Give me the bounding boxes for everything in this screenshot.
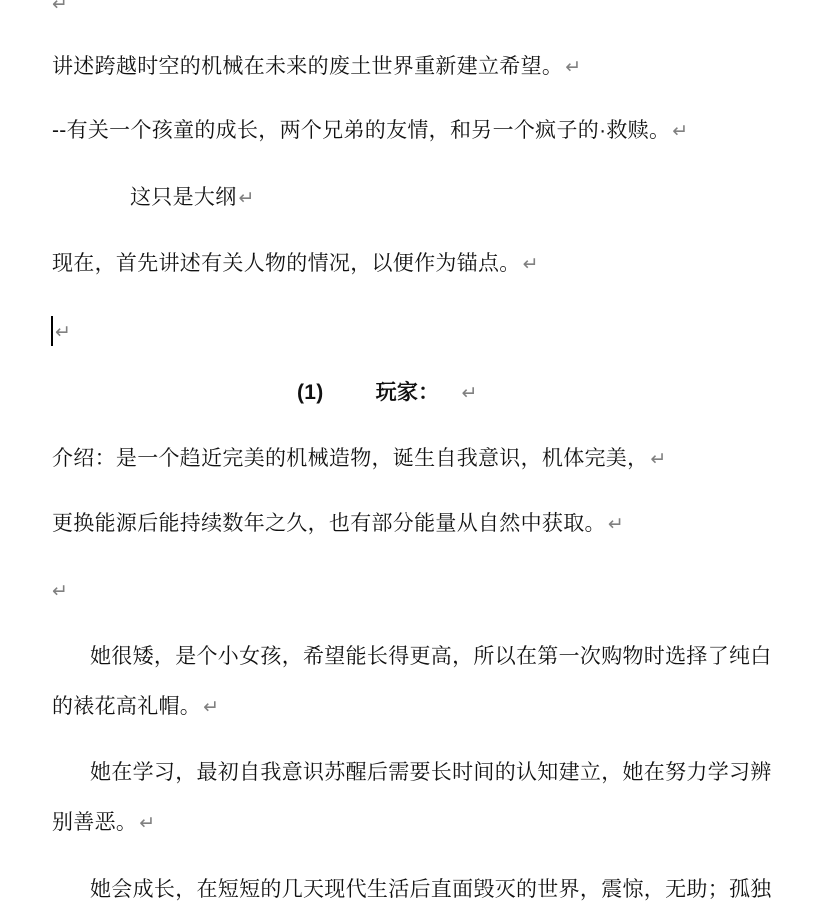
paragraph-mark-icon: ↵ xyxy=(203,696,219,718)
paragraph-mark-icon: ↵ xyxy=(565,56,581,78)
paragraph-mark-icon: ↵ xyxy=(650,448,666,470)
paragraph-mark-icon: ↵ xyxy=(52,580,68,602)
line-text: 更换能源后能持续数年之久，也有部分能量从自然中获取。 xyxy=(52,512,606,535)
line-text: 这只是大纲 xyxy=(130,186,237,209)
empty-paragraph-line[interactable]: ↵ xyxy=(52,578,68,604)
line-text: 她会成长，在短短的几天现代生活后直面毁灭的世界，震惊，无助；孤独 xyxy=(90,878,772,901)
line-text: 现在，首先讲述有关人物的情况，以便作为锚点。 xyxy=(52,252,521,275)
text-line[interactable]: 更换能源后能持续数年之久，也有部分能量从自然中获取。↵ xyxy=(52,511,624,537)
line-text: 的裱花高礼帽。 xyxy=(52,695,201,718)
document-page[interactable]: ↵ 讲述跨越时空的机械在未来的废土世界重新建立希望。↵ --有关一个孩童的成长，… xyxy=(0,0,814,915)
paragraph-mark-icon: ↵ xyxy=(139,812,155,834)
text-line[interactable]: 介绍：是一个趋近完美的机械造物，诞生自我意识，机体完美，↵ xyxy=(52,446,666,472)
heading-title: 玩家： xyxy=(376,381,440,404)
text-line[interactable]: 这只是大纲↵ xyxy=(130,185,254,211)
text-line[interactable]: 讲述跨越时空的机械在未来的废土世界重新建立希望。↵ xyxy=(52,54,581,80)
heading-number: (1) xyxy=(297,381,324,404)
line-text: 讲述跨越时空的机械在未来的废土世界重新建立希望。 xyxy=(52,55,563,78)
paragraph-mark-icon: ↵ xyxy=(672,120,688,142)
text-line[interactable]: 现在，首先讲述有关人物的情况，以便作为锚点。↵ xyxy=(52,251,539,277)
line-text: 别善恶。 xyxy=(52,811,137,834)
text-line[interactable]: 她会成长，在短短的几天现代生活后直面毁灭的世界，震惊，无助；孤独 xyxy=(90,877,772,903)
text-line[interactable]: 别善恶。↵ xyxy=(52,810,155,836)
paragraph-mark-icon: ↵ xyxy=(55,321,71,343)
text-line[interactable]: --有关一个孩童的成长，两个兄弟的友情，和另一个疯子的·救赎。↵ xyxy=(52,118,688,144)
paragraph-mark-icon: ↵ xyxy=(608,513,624,535)
section-heading[interactable]: (1)玩家：↵ xyxy=(297,380,477,406)
line-text: 介绍：是一个趋近完美的机械造物，诞生自我意识，机体完美， xyxy=(52,447,648,470)
text-line[interactable]: 她很矮，是个小女孩，希望能长得更高，所以在第一次购物时选择了纯白 xyxy=(90,644,772,670)
paragraph-mark-icon: ↵ xyxy=(461,382,477,404)
text-line[interactable]: 她在学习，最初自我意识苏醒后需要长时间的认知建立，她在努力学习辨 xyxy=(90,760,772,786)
text-line[interactable]: 的裱花高礼帽。↵ xyxy=(52,694,219,720)
line-text: 她在学习，最初自我意识苏醒后需要长时间的认知建立，她在努力学习辨 xyxy=(90,761,772,784)
text-cursor xyxy=(51,316,53,346)
empty-paragraph-line[interactable]: ↵ xyxy=(55,319,71,345)
paragraph-mark-icon: ↵ xyxy=(52,0,68,15)
paragraph-mark-icon: ↵ xyxy=(239,187,255,209)
paragraph-mark-icon: ↵ xyxy=(523,253,539,275)
line-text: 她很矮，是个小女孩，希望能长得更高，所以在第一次购物时选择了纯白 xyxy=(90,645,772,668)
line-text: --有关一个孩童的成长，两个兄弟的友情，和另一个疯子的·救赎。 xyxy=(52,119,670,142)
empty-paragraph-line[interactable]: ↵ xyxy=(52,0,68,17)
